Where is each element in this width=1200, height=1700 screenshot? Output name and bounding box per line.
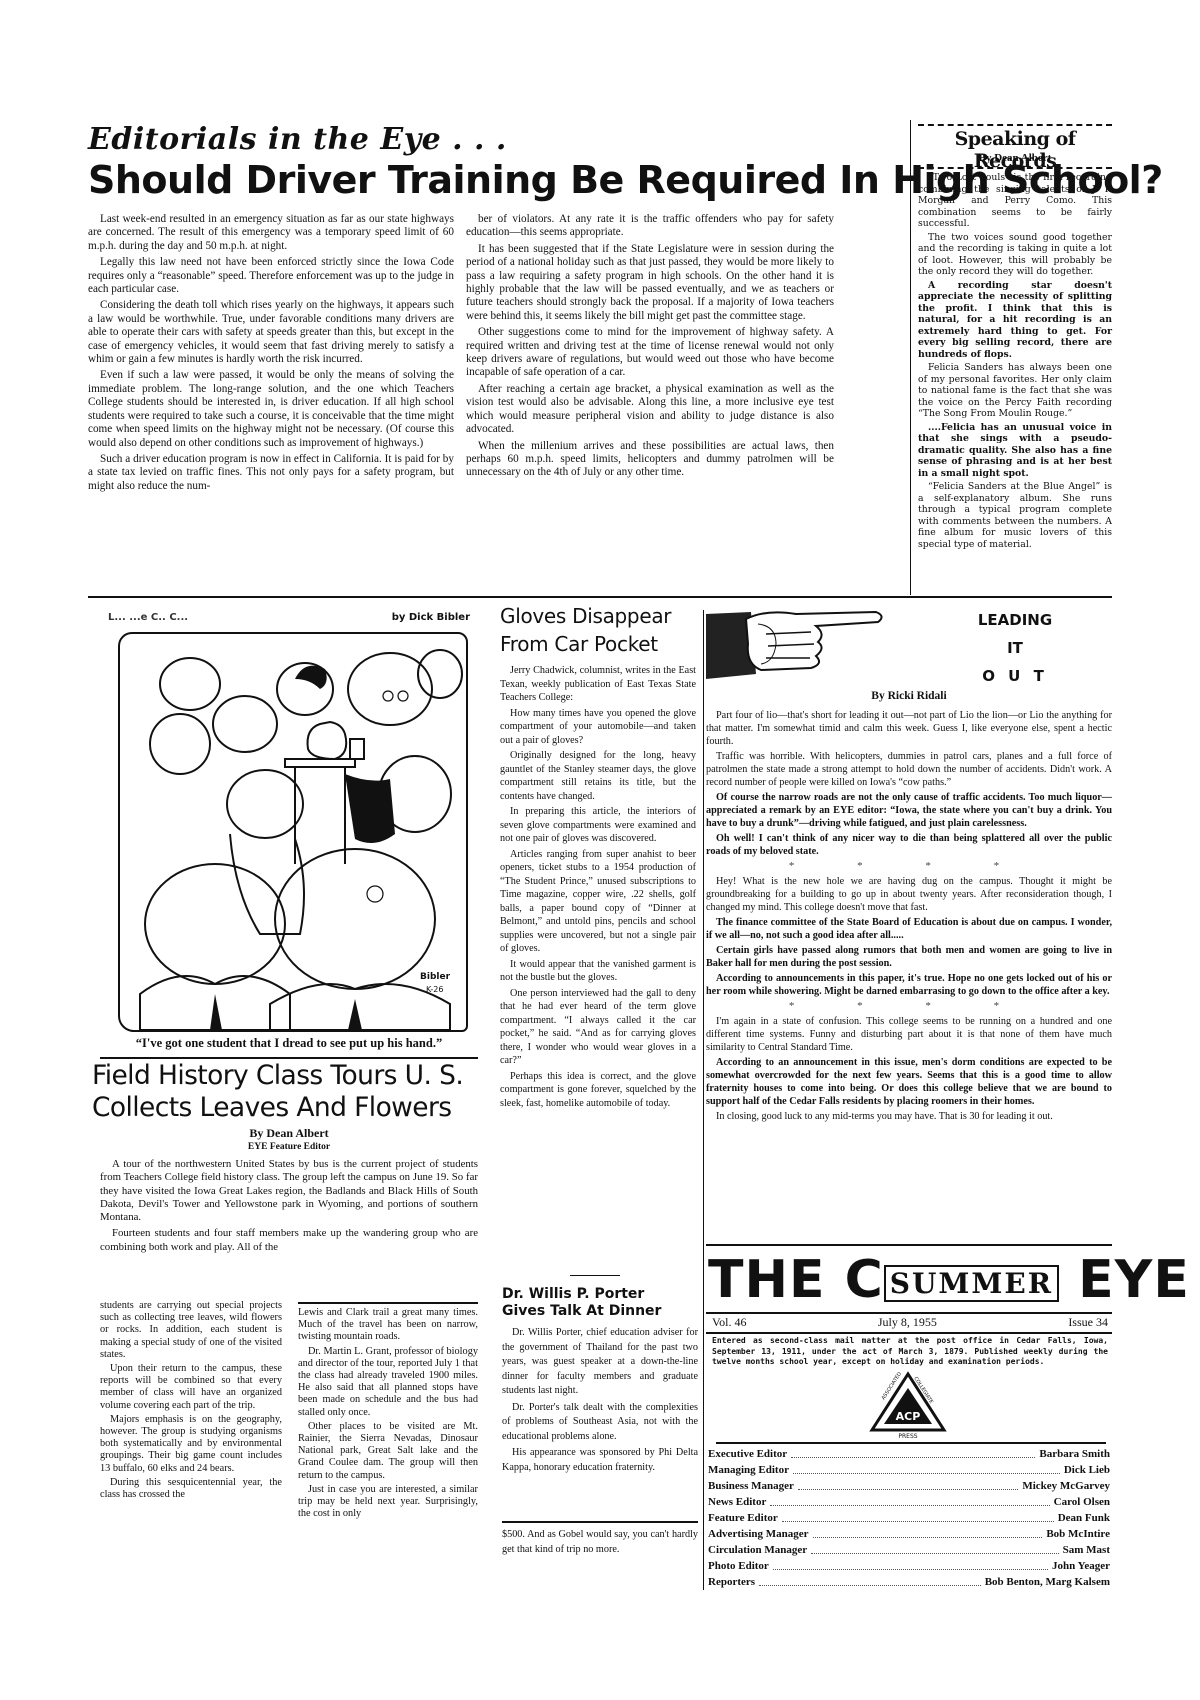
article-paragraph: In preparing this article, the interiors… <box>500 805 696 846</box>
staff-name: Dick Lieb <box>1064 1462 1110 1478</box>
article-paragraph: How many times have you opened the glove… <box>500 707 696 748</box>
acp-triangle-icon: ACP PRESS ASSOCIATED COLLEGIATE <box>868 1370 948 1440</box>
staff-role: Circulation Manager <box>708 1542 807 1558</box>
records-byline-rule <box>918 167 1112 169</box>
staff-row: Circulation ManagerSam Mast <box>708 1542 1110 1558</box>
leader-dots <box>798 1478 1018 1490</box>
leading-body: Part four of lio—that's short for leadin… <box>706 709 1112 1125</box>
leader-dots <box>759 1574 981 1586</box>
headline-line: From Car Pocket <box>500 630 696 658</box>
headline-line: Gives Talk At Dinner <box>502 1303 698 1320</box>
leader-dots <box>773 1558 1048 1570</box>
title-line: IT <box>960 634 1070 662</box>
column-paragraph: Oh well! I can't think of any nicer way … <box>706 832 1112 858</box>
field-history-column-1: students are carrying out special projec… <box>100 1300 282 1503</box>
article-paragraph: Majors emphasis is on the geography, how… <box>100 1414 282 1475</box>
section-divider <box>88 596 1112 598</box>
editorial-paragraph: When the millenium arrives and these pos… <box>466 440 834 480</box>
staff-name: Carol Olsen <box>1054 1494 1110 1510</box>
column-paragraph: According to announcements in this paper… <box>706 972 1112 998</box>
editorial-column-1: Last week-end resulted in an emergency s… <box>88 213 454 496</box>
leader-dots <box>813 1526 1043 1538</box>
article-paragraph: During this sesquicentennial year, the c… <box>100 1477 282 1501</box>
article-paragraph: Articles ranging from super anahist to b… <box>500 848 696 956</box>
article-paragraph: Just in case you are interested, a simil… <box>298 1484 478 1521</box>
article-paragraph: It would appear that the vanished garmen… <box>500 958 696 985</box>
field-history-lead: A tour of the northwestern United States… <box>100 1158 478 1257</box>
pointing-hand-illustration <box>706 604 886 690</box>
leader-dots <box>791 1446 1035 1458</box>
cartoon-title: L... ...e C.. C... <box>108 612 188 623</box>
masthead-nameplate: THE CSUMMER EYE <box>708 1250 1112 1310</box>
staff-row: Executive EditorBarbara Smith <box>708 1446 1110 1462</box>
cartoon-illustration: Bibler K-26 <box>118 632 468 1032</box>
leader-dots <box>782 1510 1054 1522</box>
field-history-byline: By Dean Albert <box>100 1126 478 1141</box>
column-paragraph: I'm again in a state of confusion. This … <box>706 1015 1112 1054</box>
staff-row: Business ManagerMickey McGarvey <box>708 1478 1110 1494</box>
staff-role: Business Manager <box>708 1478 794 1494</box>
leader-dots <box>811 1542 1059 1554</box>
article-paragraph: Dr. Martin L. Grant, professor of biolog… <box>298 1346 478 1419</box>
headline-line: Collects Leaves And Flowers <box>92 1092 482 1124</box>
column-paragraph: Part four of lio—that's short for leadin… <box>706 709 1112 748</box>
masthead-the: THE C <box>708 1250 884 1310</box>
title-line: LEADING <box>960 606 1070 634</box>
acp-logo: ACP PRESS ASSOCIATED COLLEGIATE <box>868 1370 948 1440</box>
gloves-headline: Gloves Disappear From Car Pocket <box>500 602 696 658</box>
masthead-eye: EYE <box>1078 1250 1190 1310</box>
column-paragraph: Hey! What is the new hole we are having … <box>706 875 1112 914</box>
article-paragraph: Dr. Porter's talk dealt with the complex… <box>502 1401 698 1445</box>
leader-dots <box>793 1462 1060 1474</box>
headline-line: Field History Class Tours U. S. <box>92 1060 482 1092</box>
column-rule <box>502 1521 698 1523</box>
staff-row: Photo EditorJohn Yeager <box>708 1558 1110 1574</box>
cartoon-rule <box>100 1057 478 1059</box>
section-separator: * * * * <box>706 1000 1112 1013</box>
masthead-notice: Entered as second-class mail matter at t… <box>712 1336 1108 1368</box>
editorial-paragraph: Such a driver education program is now i… <box>88 453 454 493</box>
staff-role: Feature Editor <box>708 1510 778 1526</box>
short-rule <box>570 1275 620 1276</box>
article-paragraph: Lewis and Clark trail a great many times… <box>298 1307 478 1344</box>
column-paragraph: Traffic was horrible. With helicopters, … <box>706 750 1112 789</box>
staff-name: Bob McIntire <box>1046 1526 1110 1542</box>
title-line: O U T <box>960 662 1070 690</box>
records-top-rule <box>918 124 1112 126</box>
records-paragraph: Felicia Sanders has always been one of m… <box>918 362 1112 420</box>
article-paragraph: One person interviewed had the gall to d… <box>500 987 696 1068</box>
editorial-paragraph: Legally this law need not have been enfo… <box>88 256 454 296</box>
masthead-dateline: Vol. 46 July 8, 1955 Issue 34 <box>712 1315 1108 1330</box>
section-separator: * * * * <box>706 860 1112 873</box>
editorial-paragraph: Even if such a law were passed, it would… <box>88 369 454 449</box>
cartoon-caption: “I've got one student that I dread to se… <box>108 1036 470 1051</box>
column-paragraph: Certain girls have passed along rumors t… <box>706 944 1112 970</box>
article-paragraph: Jerry Chadwick, columnist, writes in the… <box>500 664 696 705</box>
staff-role: Managing Editor <box>708 1462 789 1478</box>
pointing-hand-icon <box>706 604 886 690</box>
leading-byline: By Ricki Ridali <box>706 690 1112 702</box>
article-paragraph: His appearance was sponsored by Phi Delt… <box>502 1446 698 1475</box>
records-paragraph: A recording star doesn't appreciate the … <box>918 280 1112 361</box>
field-history-column-2: Lewis and Clark trail a great many times… <box>298 1307 478 1522</box>
porter-headline: Dr. Willis P. Porter Gives Talk At Dinne… <box>502 1286 698 1320</box>
article-paragraph: A tour of the northwestern United States… <box>100 1158 478 1224</box>
records-paragraph: ....Felicia has an unusual voice in that… <box>918 422 1112 480</box>
staff-row: Managing EditorDick Lieb <box>708 1462 1110 1478</box>
staff-box: Executive EditorBarbara Smith Managing E… <box>708 1446 1110 1590</box>
article-paragraph: Fourteen students and four staff members… <box>100 1227 478 1254</box>
staff-role: Advertising Manager <box>708 1526 809 1542</box>
staff-role: Photo Editor <box>708 1558 769 1574</box>
editorial-paragraph: Considering the death toll which rises y… <box>88 299 454 366</box>
article-paragraph: Perhaps this idea is correct, and the gl… <box>500 1070 696 1111</box>
issue-date: July 8, 1955 <box>878 1315 937 1330</box>
porter-body: Dr. Willis Porter, chief education advis… <box>502 1326 698 1477</box>
headline-line: Gloves Disappear <box>500 602 696 630</box>
records-byline: By Dean Albert <box>918 152 1112 164</box>
editorial-paragraph: It has been suggested that if the State … <box>466 243 834 323</box>
staff-name: Mickey McGarvey <box>1022 1478 1110 1494</box>
editorial-paragraph: Last week-end resulted in an emergency s… <box>88 213 454 253</box>
records-paragraph: “Two Lost Souls” is the first recording … <box>918 172 1112 230</box>
column-rule <box>703 610 704 1590</box>
staff-row: Feature EditorDean Funk <box>708 1510 1110 1526</box>
classroom-cartoon-icon: Bibler K-26 <box>120 634 466 1030</box>
column-rule <box>910 120 911 595</box>
staff-name: Sam Mast <box>1063 1542 1110 1558</box>
staff-name: John Yeager <box>1052 1558 1110 1574</box>
column-paragraph: According to an announcement in this iss… <box>706 1056 1112 1108</box>
editorial-column-2: ber of violators. At any rate it is the … <box>466 213 834 483</box>
svg-text:ACP: ACP <box>896 1410 921 1423</box>
cartoon-byline: by Dick Bibler <box>392 612 470 623</box>
staff-role: Executive Editor <box>708 1446 787 1462</box>
records-body: “Two Lost Souls” is the first recording … <box>918 172 1112 552</box>
masthead-rule <box>706 1312 1112 1314</box>
editorial-paragraph: Other suggestions come to mind for the i… <box>466 326 834 380</box>
column-rule <box>298 1302 478 1304</box>
editorial-kicker: Editorials in the Eye . . . <box>88 122 507 157</box>
editorial-paragraph: ber of violators. At any rate it is the … <box>466 213 834 240</box>
headline-line: Dr. Willis P. Porter <box>502 1286 698 1303</box>
article-paragraph: Dr. Willis Porter, chief education advis… <box>502 1326 698 1399</box>
article-paragraph: Other places to be visited are Mt. Raini… <box>298 1421 478 1482</box>
field-history-byline-title: EYE Feature Editor <box>100 1142 478 1152</box>
article-paragraph: Originally designed for the long, heavy … <box>500 749 696 803</box>
staff-row: News EditorCarol Olsen <box>708 1494 1110 1510</box>
staff-rule <box>716 1442 1106 1444</box>
column-paragraph: The finance committee of the State Board… <box>706 916 1112 942</box>
masthead-top-rule <box>706 1244 1112 1246</box>
staff-name: Barbara Smith <box>1039 1446 1110 1462</box>
masthead-summer: SUMMER <box>884 1265 1059 1302</box>
article-paragraph: students are carrying out special projec… <box>100 1300 282 1361</box>
staff-role: Reporters <box>708 1574 755 1590</box>
staff-name: Bob Benton, Marg Kalsem <box>985 1574 1110 1590</box>
svg-text:PRESS: PRESS <box>898 1433 917 1440</box>
records-paragraph: The two voices sound good together and t… <box>918 232 1112 278</box>
field-history-continuation: $500. And as Gobel would say, you can't … <box>502 1528 698 1557</box>
staff-row: Advertising ManagerBob McIntire <box>708 1526 1110 1542</box>
volume: Vol. 46 <box>712 1315 746 1330</box>
gloves-body: Jerry Chadwick, columnist, writes in the… <box>500 664 696 1112</box>
records-paragraph: “Felicia Sanders at the Blue Angel” is a… <box>918 481 1112 550</box>
issue-number: Issue 34 <box>1068 1315 1108 1330</box>
staff-role: News Editor <box>708 1494 766 1510</box>
article-paragraph: Upon their return to the campus, these r… <box>100 1363 282 1412</box>
svg-text:K-26: K-26 <box>426 985 443 994</box>
leader-dots <box>770 1494 1049 1506</box>
column-paragraph: Of course the narrow roads are not the o… <box>706 791 1112 830</box>
masthead-rule <box>706 1332 1112 1334</box>
editorial-paragraph: After reaching a certain age bracket, a … <box>466 383 834 437</box>
svg-text:Bibler: Bibler <box>420 972 451 982</box>
leading-title: LEADING IT O U T <box>960 606 1070 690</box>
staff-row: ReportersBob Benton, Marg Kalsem <box>708 1574 1110 1590</box>
records-title: Speaking of Records <box>918 128 1112 172</box>
field-history-headline: Field History Class Tours U. S. Collects… <box>92 1060 482 1124</box>
staff-name: Dean Funk <box>1058 1510 1110 1526</box>
column-paragraph: In closing, good luck to any mid-terms y… <box>706 1110 1112 1123</box>
cartoon-header: L... ...e C.. C... by Dick Bibler <box>108 612 470 623</box>
